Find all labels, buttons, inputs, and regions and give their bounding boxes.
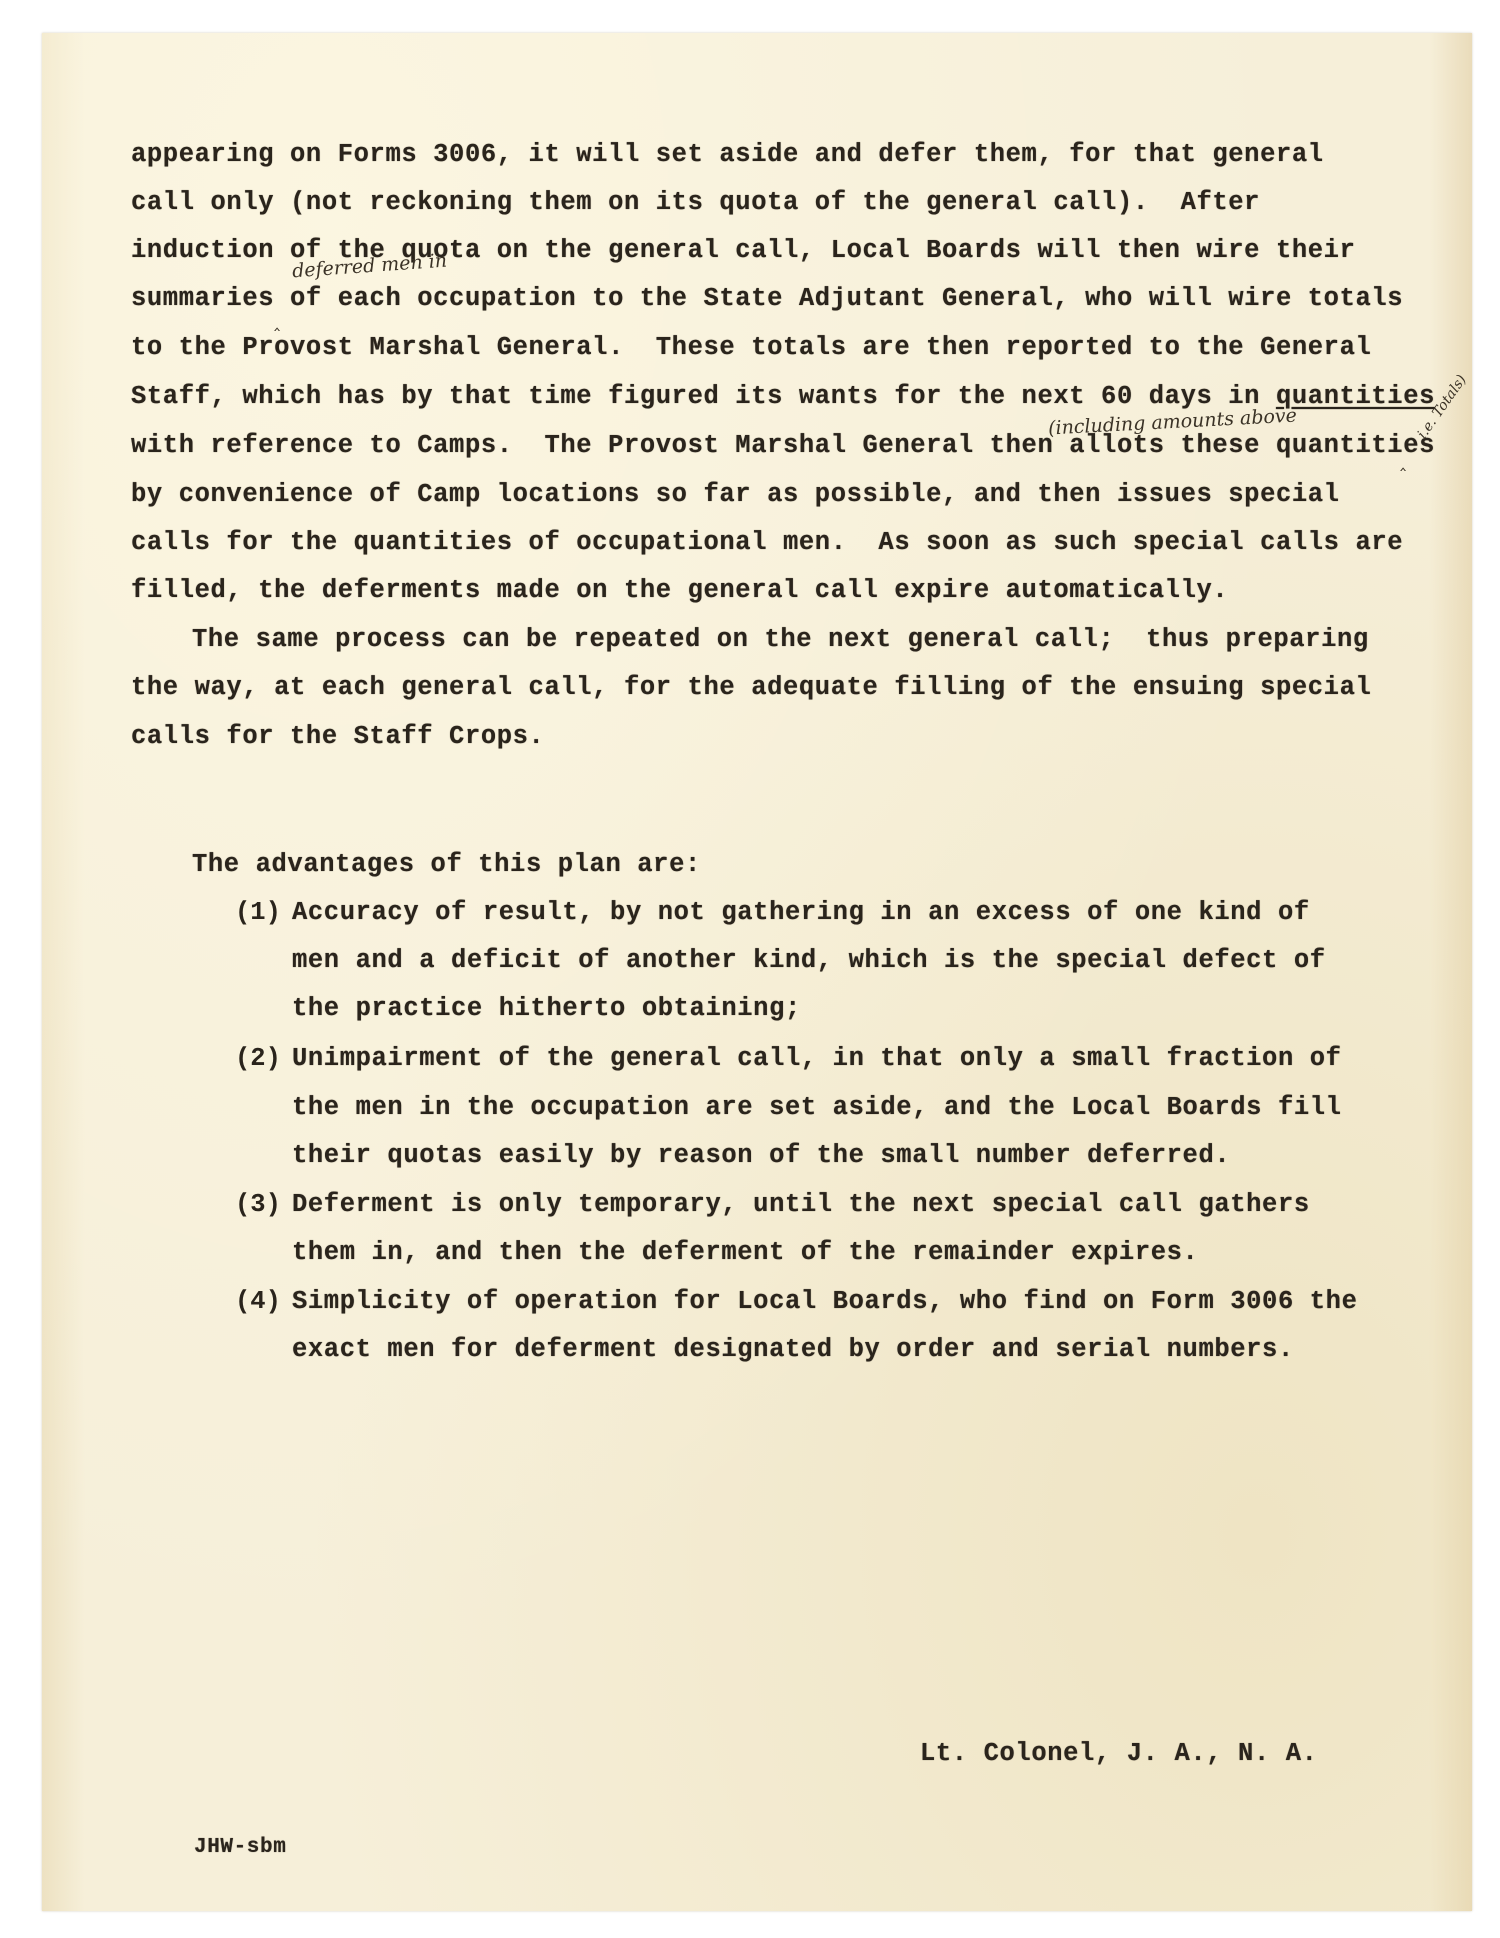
body-line: appearing on Forms 3006, it will set asi… (131, 140, 1324, 170)
body-line: calls for the Staff Crops. (131, 722, 544, 752)
body-line-text: Staff, which has by that time figured it… (131, 382, 1276, 411)
body-line: call only (not reckoning them on its quo… (131, 188, 1260, 218)
body-line: calls for the quantities of occupational… (131, 528, 1403, 558)
list-item-line: exact men for deferment designated by or… (292, 1335, 1294, 1365)
body-line: The same process can be repeated on the … (192, 625, 1369, 655)
list-item-line: the men in the occupation are set aside,… (292, 1093, 1342, 1123)
list-item-line: Deferment is only temporary, until the n… (292, 1190, 1310, 1220)
typist-initials: JHW-sbm (194, 1833, 286, 1863)
list-item-line: their quotas easily by reason of the sma… (292, 1141, 1230, 1171)
list-item-line: them in, and then the deferment of the r… (292, 1238, 1198, 1268)
document-page: appearing on Forms 3006, it will set asi… (42, 33, 1472, 1911)
list-item-line: men and a deficit of another kind, which… (292, 946, 1326, 976)
list-item-line: Simplicity of operation for Local Boards… (292, 1287, 1357, 1317)
body-line: summaries of each occupation to the Stat… (131, 284, 1403, 314)
body-line: filled, the deferments made on the gener… (131, 576, 1228, 606)
list-number: (1) (235, 898, 281, 928)
list-number: (3) (235, 1190, 281, 1220)
list-item-line: Accuracy of result, by not gathering in … (292, 898, 1310, 928)
body-line: with reference to Camps. The Provost Mar… (131, 431, 1435, 461)
list-item-line: the practice hitherto obtaining; (292, 994, 801, 1024)
insertion-caret-icon: ‸ (274, 311, 280, 332)
list-number: (4) (235, 1287, 281, 1317)
signature-title: Lt. Colonel, J. A., N. A. (920, 1739, 1318, 1769)
body-line: to the Provost Marshal General. These to… (131, 333, 1371, 363)
list-item-line: Unimpairment of the general call, in tha… (292, 1044, 1342, 1074)
advantages-heading: The advantages of this plan are: (192, 850, 701, 880)
body-line: by convenience of Camp locations so far … (131, 480, 1340, 510)
insertion-caret-icon: ‸ (1400, 451, 1406, 472)
list-number: (2) (235, 1044, 281, 1074)
underlined-word: quantities (1276, 382, 1435, 411)
body-line: the way, at each general call, for the a… (131, 673, 1371, 703)
